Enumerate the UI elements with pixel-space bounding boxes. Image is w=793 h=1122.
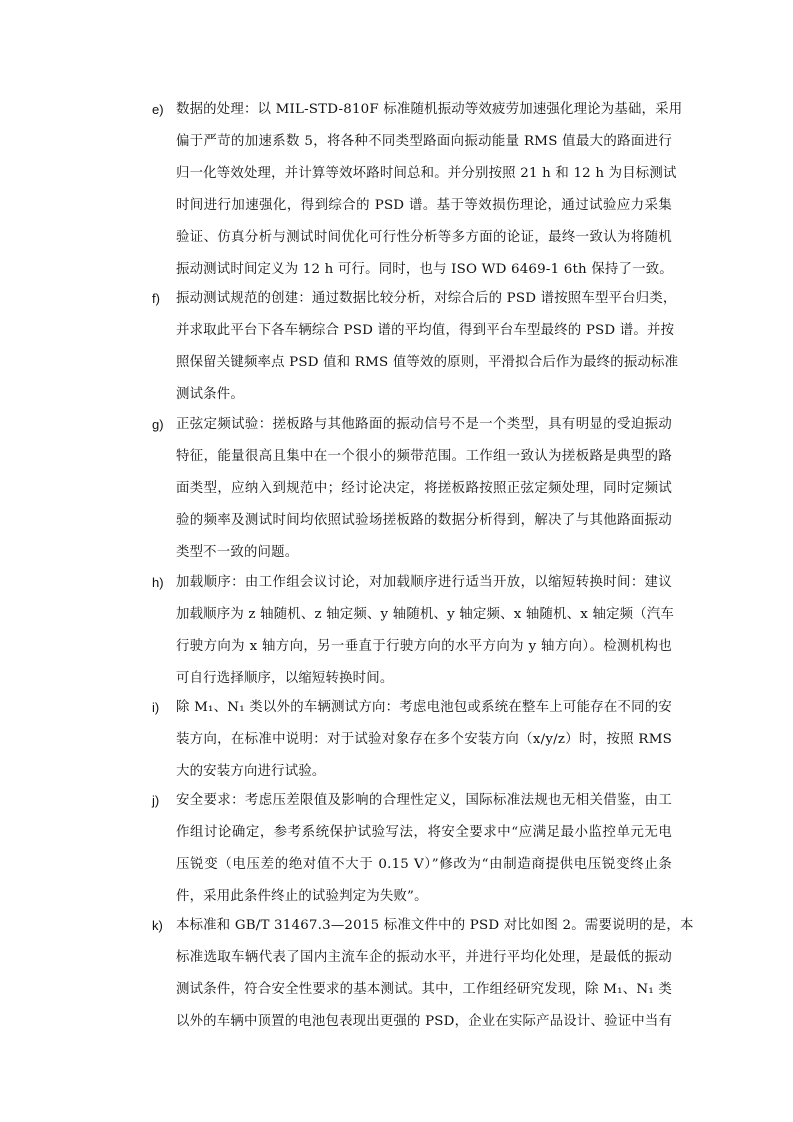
text-line: 照保留关键频率点 PSD 值和 RMS 值等效的原则，平滑拟合后作为最终的振动标… (176, 347, 672, 379)
text-line: 时间进行加速强化，得到综合的 PSD 谱。基于等效损伤理论，通过试验应力采集 (176, 190, 672, 222)
text-line: 振动测试时间定义为 12 h 可行。同时，也与 ISO WD 6469-1 6t… (176, 254, 672, 286)
text-line: 归一化等效处理，并计算等效坏路时间总和。并分别按照 21 h 和 12 h 为目… (176, 158, 672, 190)
item-body: 本标准和 GB/T 31467.3—2015 标准文件中的 PSD 对比如图 2… (176, 910, 672, 1038)
text-line: 振动测试规范的创建：通过数据比较分析，对综合后的 PSD 谱按照车型平台归类， (176, 283, 672, 315)
text-line: 正弦定频试验：搓板路与其他路面的振动信号不是一个类型，具有明显的受迫振动 (176, 409, 672, 441)
text-line: 偏于严苛的加速系数 5，将各种不同类型路面向振动能量 RMS 值最大的路面进行 (176, 126, 672, 158)
text-line: 类型不一致的问题。 (176, 537, 672, 569)
text-line: 本标准和 GB/T 31467.3—2015 标准文件中的 PSD 对比如图 2… (176, 910, 672, 942)
text-line: 测试条件，符合安全性要求的基本测试。其中，工作组经研究发现，除 M₁、N₁ 类 (176, 974, 672, 1006)
text-line: 行驶方向为 x 轴方向，另一垂直于行驶方向的水平方向为 y 轴方向）。检测机构也 (176, 631, 672, 663)
item-label: e) (152, 94, 164, 126)
item-body: 振动测试规范的创建：通过数据比较分析，对综合后的 PSD 谱按照车型平台归类， … (176, 283, 672, 411)
item-label: f) (152, 283, 160, 315)
text-line: 安全要求：考虑压差限值及影响的合理性定义，国际标准法规也无相关借鉴，由工 (176, 785, 672, 817)
item-body: 加载顺序：由工作组会议讨论，对加载顺序进行适当开放，以缩短转换时间：建议 加载顺… (176, 567, 672, 695)
text-line: 验的频率及测试时间均依照试验场搓板路的数据分析得到，解决了与其他路面振动 (176, 505, 672, 537)
text-line: 件，采用此条件终止的试验判定为失败”。 (176, 881, 672, 913)
text-line: 标准选取车辆代表了国内主流车企的振动水平，并进行平均化处理，是最低的振动 (176, 942, 672, 974)
text-line: 加载顺序为 z 轴随机、z 轴定频、y 轴随机、y 轴定频、x 轴随机、x 轴定… (176, 599, 672, 631)
item-body: 除 M₁、N₁ 类以外的车辆测试方向：考虑电池包或系统在整车上可能存在不同的安 … (176, 692, 672, 788)
text-line: 装方向，在标准中说明：对于试验对象存在多个安装方向（x/y/z）时，按照 RMS (176, 724, 672, 756)
item-body: 安全要求：考虑压差限值及影响的合理性定义，国际标准法规也无相关借鉴，由工 作组讨… (176, 785, 672, 913)
text-line: 测试条件。 (176, 379, 672, 411)
text-line: 并求取此平台下各车辆综合 PSD 谱的平均值，得到平台车型最终的 PSD 谱。并… (176, 315, 672, 347)
text-line: 面类型，应纳入到规范中；经讨论决定，将搓板路按照正弦定频处理，同时定频试 (176, 473, 672, 505)
text-line: 大的安装方向进行试验。 (176, 756, 672, 788)
text-line: 除 M₁、N₁ 类以外的车辆测试方向：考虑电池包或系统在整车上可能存在不同的安 (176, 692, 672, 724)
item-label: h) (152, 567, 164, 599)
item-label: k) (152, 910, 163, 942)
text-line: 加载顺序：由工作组会议讨论，对加载顺序进行适当开放，以缩短转换时间：建议 (176, 567, 672, 599)
text-line: 验证、仿真分析与测试时间优化可行性分析等多方面的论证，最终一致认为将随机 (176, 222, 672, 254)
item-label: j) (152, 785, 159, 817)
item-body: 正弦定频试验：搓板路与其他路面的振动信号不是一个类型，具有明显的受迫振动 特征，… (176, 409, 672, 569)
item-body: 数据的处理：以 MIL-STD-810F 标准随机振动等效疲劳加速强化理论为基础… (176, 94, 672, 286)
document-page: e) 数据的处理：以 MIL-STD-810F 标准随机振动等效疲劳加速强化理论… (0, 0, 793, 1122)
text-line: 数据的处理：以 MIL-STD-810F 标准随机振动等效疲劳加速强化理论为基础… (176, 94, 672, 126)
text-line: 特征，能量很高且集中在一个很小的频带范围。工作组一致认为搓板路是典型的路 (176, 441, 672, 473)
text-line: 压锐变（电压差的绝对值不大于 0.15 V）”修改为“由制造商提供电压锐变终止条 (176, 849, 672, 881)
item-label: i) (152, 692, 159, 724)
text-line: 可自行选择顺序，以缩短转换时间。 (176, 663, 672, 695)
item-label: g) (152, 409, 164, 441)
text-line: 以外的车辆中顶置的电池包表现出更强的 PSD，企业在实际产品设计、验证中当有 (176, 1006, 672, 1038)
text-line: 作组讨论确定，参考系统保护试验写法，将安全要求中“应满足最小监控单元无电 (176, 817, 672, 849)
